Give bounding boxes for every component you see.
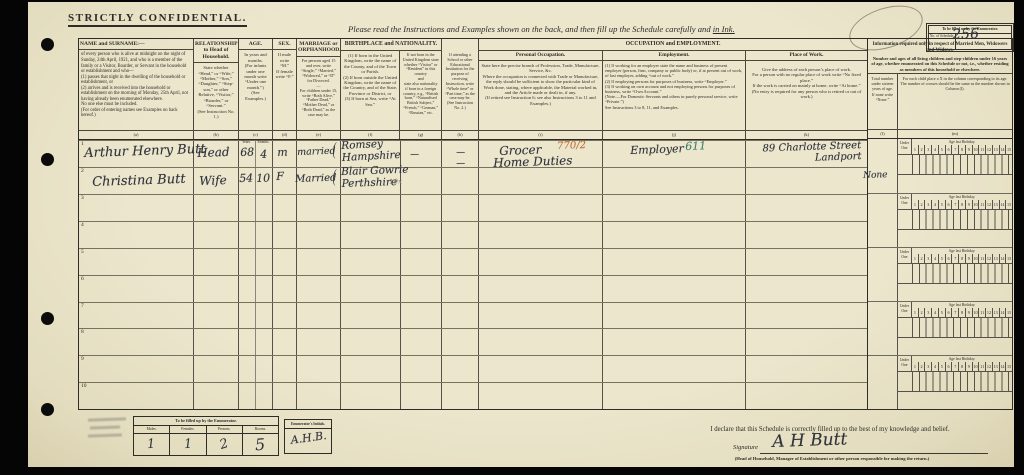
males-value: 1 — [147, 437, 156, 453]
signature-line — [760, 453, 988, 454]
children-total-cell — [868, 194, 898, 247]
children-age-grids: Under OneAge last Birthday.1234567891011… — [868, 139, 1012, 409]
confidential-heading: STRICTLY CONFIDENTIAL. — [68, 12, 247, 27]
col-head-place-of-work: Place of Work. Give the address of each … — [746, 51, 867, 139]
col-head-birthplace: (1) If born in the United Kingdom, write… — [341, 51, 400, 139]
employment-title: Employment. — [603, 51, 745, 61]
children-total-cell — [868, 248, 898, 301]
persons-value: 2 — [218, 436, 231, 453]
enumerator-initials: A.H.B. — [290, 430, 327, 447]
enumerator-summary-box: To be filled up by the Enumerator. Males… — [133, 416, 279, 456]
census-schedule-scan: STRICTLY CONFIDENTIAL. Please read the I… — [0, 0, 1024, 475]
birthplace-group-title: BIRTHPLACE and NATIONALITY. — [341, 39, 441, 51]
col-head-nationality: If not born in the United Kingdom state … — [400, 51, 441, 139]
years-subheader: Years. — [238, 140, 255, 144]
col-head-children-ages: For each child place a X in the column c… — [898, 74, 1012, 138]
children-total-cell — [868, 139, 898, 193]
summary-rooms: Rooms.5 — [243, 426, 278, 455]
age-title: AGE. — [239, 39, 272, 50]
initials-label: Enumerator's Initials. — [285, 420, 331, 429]
children-panel: Information required only in respect of … — [867, 39, 1012, 409]
fill-in-ink-instruction: Please read the Instructions and Example… — [348, 24, 735, 34]
age-grid-block: Under OneAge last Birthday.1234567891011… — [868, 355, 1012, 409]
table-row: 10 — [79, 382, 867, 409]
table-row: 3 — [79, 194, 867, 221]
punch-hole — [41, 312, 54, 325]
schedule-table: NAME and SURNAME:— of every person who i… — [78, 38, 1013, 410]
personal-occupation-title: Personal Occupation. — [479, 51, 602, 61]
rooms-value: 5 — [255, 435, 266, 455]
col-group-birthplace: BIRTHPLACE and NATIONALITY. (1) If born … — [341, 39, 442, 139]
nationality-instructions: If not born in the United Kingdom state … — [400, 51, 441, 130]
sex-instructions: If male write “M.” If female write “F.” — [273, 50, 296, 130]
sex-title: SEX. — [273, 39, 296, 50]
under-one-label: Under One — [898, 139, 912, 154]
age-grid-numbers: 123456789101112131415 — [912, 200, 1012, 209]
age-grid-block: Under OneAge last Birthday.1234567891011… — [868, 247, 1012, 301]
place-of-work-title: Place of Work. — [746, 51, 867, 61]
in-ink-underlined: in Ink. — [713, 24, 735, 34]
signature-label: Signature — [733, 444, 758, 451]
children-panel-instructions: Number and ages of all living children a… — [868, 55, 1012, 74]
table-row: 7 — [79, 302, 867, 329]
table-row: 5 — [79, 248, 867, 275]
females-value: 1 — [183, 437, 192, 453]
age-grid-cells — [898, 210, 1012, 230]
enumerator-box-title: To be filled up by the Enumerator. — [929, 26, 1011, 34]
birthplace-instructions: (1) If born in the United Kingdom, write… — [341, 51, 399, 130]
age-grid-numbers: 123456789101112131415 — [912, 362, 1012, 371]
col-head-employment: Employment. (1) If working for an employ… — [603, 51, 746, 139]
summary-persons: Persons.2 — [207, 426, 243, 455]
table-row: 9 — [79, 355, 867, 382]
table-row: 6 — [79, 275, 867, 302]
col-head-marriage: MARRIAGE or ORPHANHOOD. For persons aged… — [297, 39, 341, 139]
age-grid-numbers: 123456789101112131415 — [912, 145, 1012, 154]
col-head-name: NAME and SURNAME:— of every person who i… — [79, 39, 194, 139]
table-row: 4 — [79, 221, 867, 248]
age-grid-block: Under OneAge last Birthday.1234567891011… — [868, 139, 1012, 193]
punch-hole — [41, 153, 54, 166]
col-head-relationship: RELATIONSHIP to Head of Household. State… — [194, 39, 239, 139]
marriage-instructions: For persons aged 15 and over, write “Sin… — [297, 57, 340, 131]
age-grid-numbers: 123456789101112131415 — [912, 254, 1012, 263]
relationship-instructions: State whether “Head,” or “Wife,” “Mother… — [194, 63, 238, 130]
name-instructions: of every person who is alive at midnight… — [79, 50, 193, 130]
col-head-children-total: Total number under sixteen years of age.… — [868, 74, 898, 138]
age-instructions: In years and months. (For infants under … — [239, 50, 272, 130]
col-group-occupation: OCCUPATION and EMPLOYMENT. Personal Occu… — [479, 39, 867, 139]
col-head-sex: SEX. If male write “M.” If female write … — [273, 39, 297, 139]
children-panel-header: Information required only in respect of … — [868, 39, 1012, 139]
age-grid-numbers: 123456789101112131415 — [912, 308, 1012, 317]
personal-occupation-instructions: State here the precise branch of Profess… — [479, 61, 602, 130]
age-grid-block: Under OneAge last Birthday.1234567891011… — [868, 193, 1012, 247]
enumerator-initials-box: Enumerator's Initials. A.H.B. — [284, 419, 332, 454]
signature: A H Butt — [772, 430, 848, 451]
occupation-group-title: OCCUPATION and EMPLOYMENT. — [479, 39, 867, 51]
declaration-note: (Head of Household, Manager of Establish… — [672, 456, 992, 461]
col-head-education: If attending a School or other Education… — [442, 39, 479, 139]
col-head-personal-occupation: Personal Occupation. State here the prec… — [479, 51, 603, 139]
age-grid-block: Under OneAge last Birthday.1234567891011… — [868, 301, 1012, 355]
relationship-title: RELATIONSHIP to Head of Household. — [194, 39, 238, 63]
table-row: 8 — [79, 328, 867, 355]
punch-hole — [41, 38, 54, 51]
enumerator-summary-title: To be filled up by the Enumerator. — [134, 417, 278, 426]
place-of-work-instructions: Give the address of each person’s place … — [746, 61, 867, 130]
months-subheader: Months. — [255, 140, 272, 144]
employment-instructions: (1) If working for an employer state the… — [603, 61, 745, 130]
name-title: NAME and SURNAME:— — [79, 39, 193, 50]
table-header: NAME and SURNAME:— of every person who i… — [79, 39, 867, 140]
summary-males: Males.1 — [134, 426, 170, 455]
education-instructions: If attending a School or other Education… — [442, 39, 478, 130]
age-grid-cells — [898, 318, 1012, 338]
summary-females: Females.1 — [170, 426, 206, 455]
children-total-cell — [868, 302, 898, 355]
children-panel-title: Information required only in respect of … — [868, 39, 1012, 55]
table-row: 1 — [79, 140, 867, 167]
table-row: 2 — [79, 167, 867, 194]
age-grid-cells — [898, 264, 1012, 284]
age-grid-cells — [898, 372, 1012, 392]
children-total-cell — [868, 356, 898, 409]
punch-hole — [41, 403, 54, 416]
marriage-title: MARRIAGE or ORPHANHOOD. — [297, 39, 340, 57]
age-grid-cells — [898, 155, 1012, 175]
col-head-age: AGE. In years and months. (For infants u… — [239, 39, 273, 139]
